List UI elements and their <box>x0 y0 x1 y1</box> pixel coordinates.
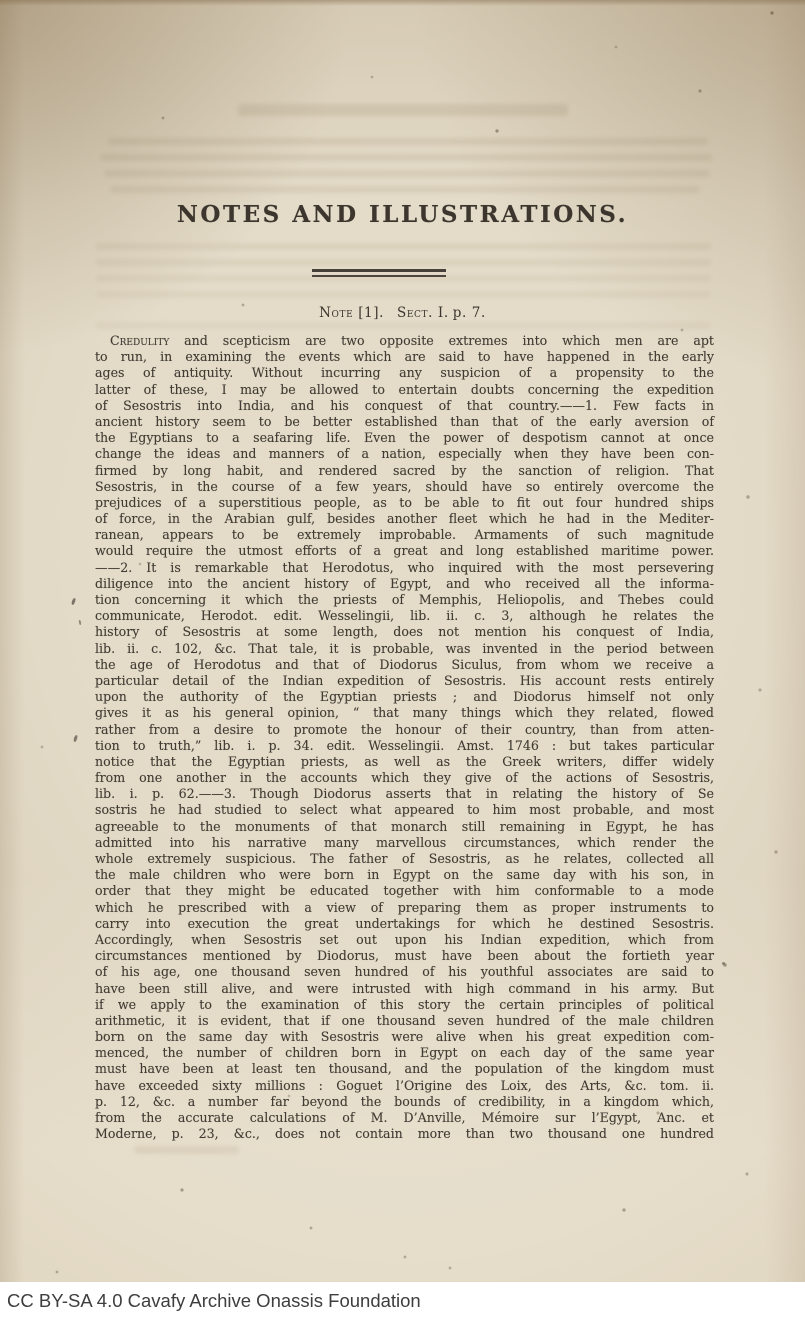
ink-mark <box>71 598 76 606</box>
text-line: of force, in the Arabian gulf, besides a… <box>95 511 714 527</box>
text-line: agreeable to the monuments of that monar… <box>95 819 714 835</box>
text-line: Sesostris, in the course of a few years,… <box>95 479 714 495</box>
bleed-line <box>100 154 712 161</box>
text-line: the male children who were born in Egypt… <box>95 867 714 883</box>
text-line: notice that the Egyptian priests, as wel… <box>95 754 714 770</box>
bleed-line <box>96 322 711 329</box>
text-line: ages of antiquity. Without incurring any… <box>95 365 714 381</box>
text-line: prejudices of a superstitious people, as… <box>95 495 714 511</box>
text-line: menced, the number of children born in E… <box>95 1045 714 1061</box>
text-line: carry into execution the great undertaki… <box>95 916 714 932</box>
text-line: order that they might be educated togeth… <box>95 883 714 899</box>
text-line: tion concerning it which the priests of … <box>95 592 714 608</box>
text-line: lib. i. p. 62.——3. Though Diodorus asser… <box>95 786 714 802</box>
bleed-line <box>96 291 711 298</box>
text-line: from one another in the accounts which t… <box>95 770 714 786</box>
text-line: particular detail of the Indian expediti… <box>95 673 714 689</box>
text-line: to run, in examining the events which ar… <box>95 349 714 365</box>
license-bar: CC BY-SA 4.0 Cavafy Archive Onassis Foun… <box>0 1282 805 1324</box>
text-line: change the ideas and manners of a nation… <box>95 446 714 462</box>
text-line: must have been at least ten thousand, an… <box>95 1061 714 1077</box>
text-line: Credulity and scepticism are two opposit… <box>95 333 714 349</box>
note-number: Note [1]. <box>319 305 384 321</box>
section-divider-ornament <box>312 269 446 277</box>
text-line: born on the same day with Sesostris were… <box>95 1029 714 1045</box>
ink-mark <box>722 962 725 965</box>
text-line: have exceeded sixty millions : Goguet l’… <box>95 1078 714 1094</box>
text-line: lib. ii. c. 102, &c. That tale, it is pr… <box>95 641 714 657</box>
note-heading: Note [1].Sect. I.p. 7. <box>0 305 805 321</box>
text-line: rather from a desire to promote the hono… <box>95 722 714 738</box>
scanned-book-page: NOTES AND ILLUSTRATIONS. Note [1].Sect. … <box>0 0 805 1282</box>
text-line: the Egyptians to a seafaring life. Even … <box>95 430 714 446</box>
ink-mark <box>79 620 82 625</box>
text-line: tion to truth,” lib. i. p. 34. edit. Wes… <box>95 738 714 754</box>
body-text: Credulity and scepticism are two opposit… <box>95 333 714 1142</box>
text-line: whole extremely suspicious. The father o… <box>95 851 714 867</box>
text-line: of his age, one thousand seven hundred o… <box>95 964 714 980</box>
text-line: firmed by long habit, and rendered sacre… <box>95 463 714 479</box>
text-line: ranean, appears to be extremely improbab… <box>95 527 714 543</box>
note-section: Sect. I. <box>397 305 449 321</box>
text-line: communicate, Herodot. edit. Wesselingii,… <box>95 608 714 624</box>
text-line: if we apply to the examination of this s… <box>95 997 714 1013</box>
text-line: p. 12, &c. a number far beyond the bound… <box>95 1094 714 1110</box>
bleed-line <box>134 1146 239 1154</box>
text-line: admitted into his narrative many marvell… <box>95 835 714 851</box>
license-text: CC BY-SA 4.0 Cavafy Archive Onassis Foun… <box>7 1290 421 1312</box>
bleed-line <box>110 186 700 193</box>
text-line: would require the utmost efforts of a gr… <box>95 543 714 559</box>
text-line: ancient history seem to be better establ… <box>95 414 714 430</box>
text-line: ——2. It is remarkable that Herodotus, wh… <box>95 560 714 576</box>
text-line: Moderne, p. 23, &c., does not contain mo… <box>95 1126 714 1142</box>
text-line: the age of Herodotus and that of Diodoru… <box>95 657 714 673</box>
text-line: from the accurate calculations of M. D’A… <box>95 1110 714 1126</box>
text-line: of Sesostris into India, and his conques… <box>95 398 714 414</box>
text-line: sostris he had studied to select what ap… <box>95 802 714 818</box>
text-line: Accordingly, when Sesostris set out upon… <box>95 932 714 948</box>
bleed-line <box>96 259 711 266</box>
text-line: upon the authority of the Egyptian pries… <box>95 689 714 705</box>
bleed-line <box>238 104 568 116</box>
bleed-line <box>104 170 710 177</box>
text-line: arithmetic, it is evident, that if one t… <box>95 1013 714 1029</box>
text-line: gives it as his general opinion, “ that … <box>95 705 714 721</box>
note-page-ref: p. 7. <box>453 305 486 321</box>
text-line: latter of these, I may be allowed to ent… <box>95 382 714 398</box>
text-line: which he prescribed with a view of prepa… <box>95 900 714 916</box>
text-line: history of Sesostris at some length, doe… <box>95 624 714 640</box>
ink-mark <box>73 735 78 743</box>
text-line: circumstances mentioned by Diodorus, mus… <box>95 948 714 964</box>
text-line: have been still alive, and were intruste… <box>95 981 714 997</box>
bleed-line <box>108 138 708 145</box>
page-title: NOTES AND ILLUSTRATIONS. <box>0 201 805 228</box>
bleed-line <box>96 243 711 250</box>
text-line: diligence into the ancient history of Eg… <box>95 576 714 592</box>
